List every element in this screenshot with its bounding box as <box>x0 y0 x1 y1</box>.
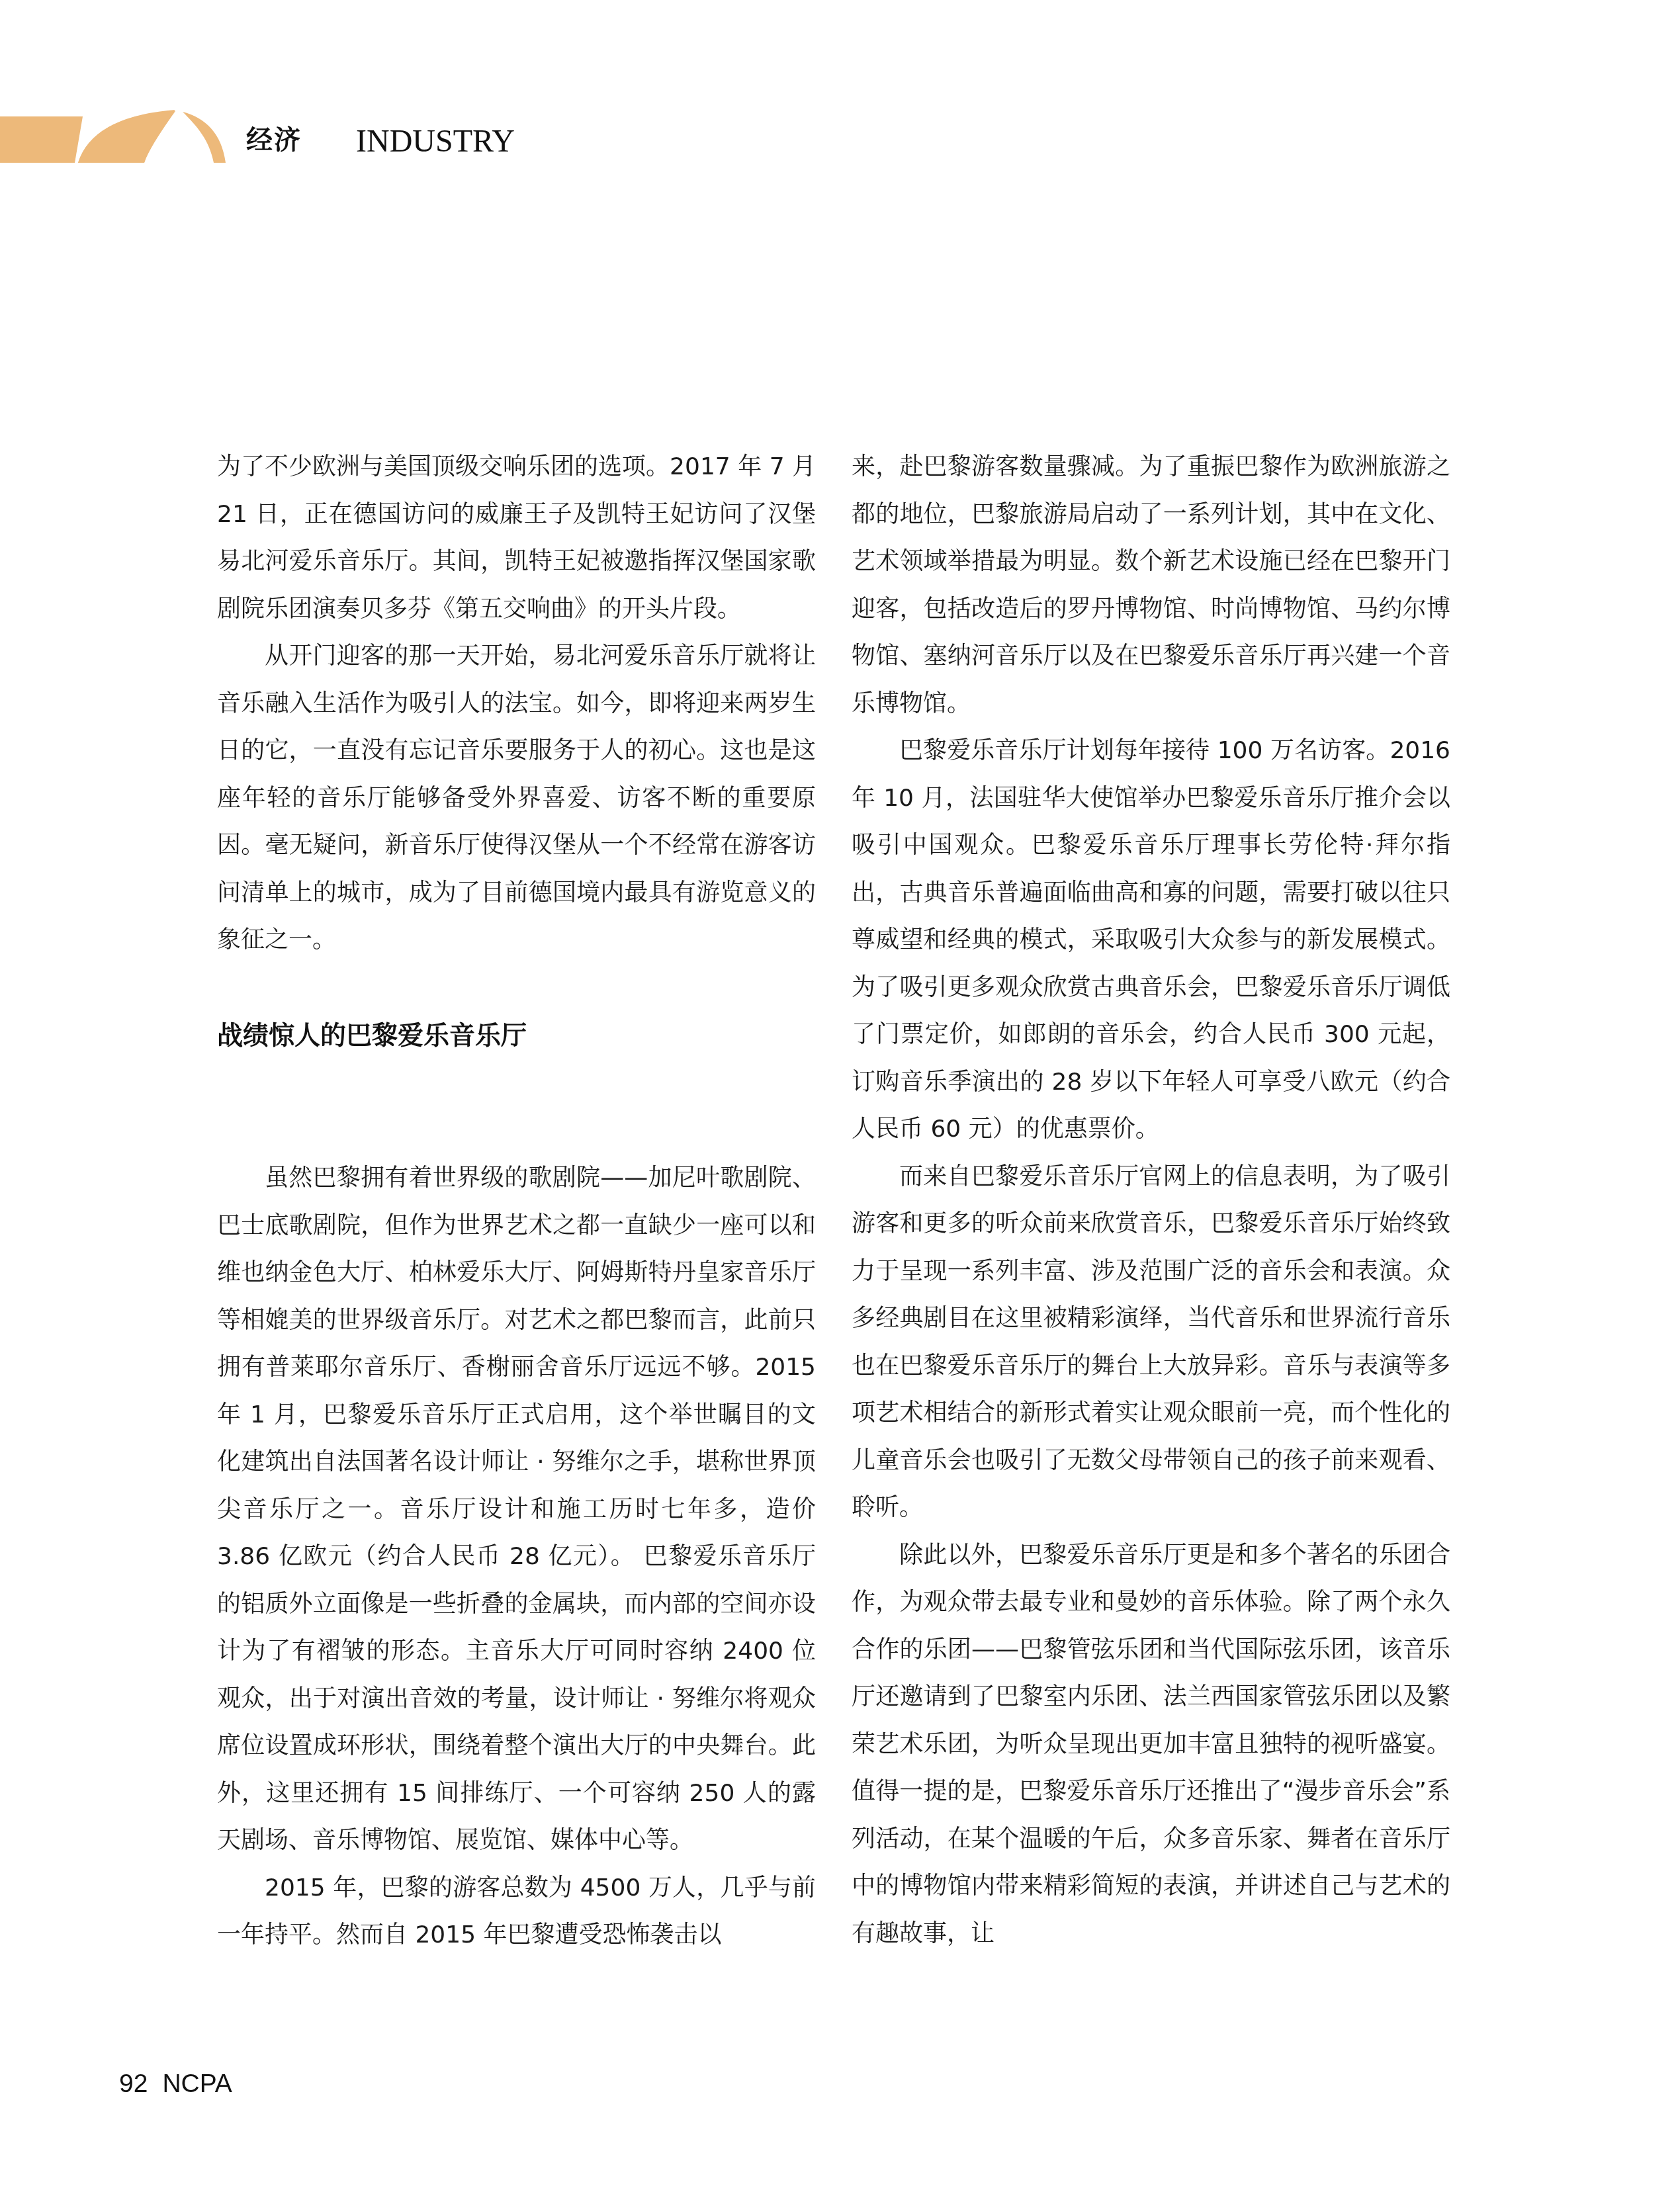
article-column-left: 为了不少欧洲与美国顶级交响乐团的选项。2017 年 7 月 21 日，正在德国访… <box>217 443 816 1959</box>
paragraph: 从开门迎客的那一天开始，易北河爱乐音乐厅就将让音乐融入生活作为吸引人的法宝。如今… <box>217 633 816 964</box>
article-column-right: 来，赴巴黎游客数量骤减。为了重振巴黎作为欧洲旅游之都的地位，巴黎旅游局启动了一系… <box>852 443 1450 1957</box>
section-subheading: 战绩惊人的巴黎爱乐音乐厅 <box>217 1012 816 1060</box>
section-label-en: INDUSTRY <box>356 123 515 160</box>
paragraph: 为了不少欧洲与美国顶级交响乐团的选项。2017 年 7 月 21 日，正在德国访… <box>217 443 816 633</box>
paragraph: 2015 年，巴黎的游客总数为 4500 万人，几乎与前一年持平。然而自 201… <box>217 1864 816 1959</box>
paragraph: 巴黎爱乐音乐厅计划每年接待 100 万名访客。2016 年 10 月，法国驻华大… <box>852 727 1450 1153</box>
page-number: 92 <box>119 2070 148 2098</box>
page-footer: 92NCPA <box>119 2070 232 2099</box>
paragraph: 来，赴巴黎游客数量骤减。为了重振巴黎作为欧洲旅游之都的地位，巴黎旅游局启动了一系… <box>852 443 1450 727</box>
paragraph: 除此以外，巴黎爱乐音乐厅更是和多个著名的乐团合作，为观众带去最专业和曼妙的音乐体… <box>852 1532 1450 1958</box>
section-label-cn: 经济 <box>246 124 302 156</box>
paragraph: 而来自巴黎爱乐音乐厅官网上的信息表明，为了吸引游客和更多的听众前来欣赏音乐，巴黎… <box>852 1153 1450 1532</box>
publication-name: NCPA <box>162 2070 232 2098</box>
paragraph: 虽然巴黎拥有着世界级的歌剧院——加尼叶歌剧院、巴士底歌剧院，但作为世界艺术之都一… <box>217 1155 816 1864</box>
